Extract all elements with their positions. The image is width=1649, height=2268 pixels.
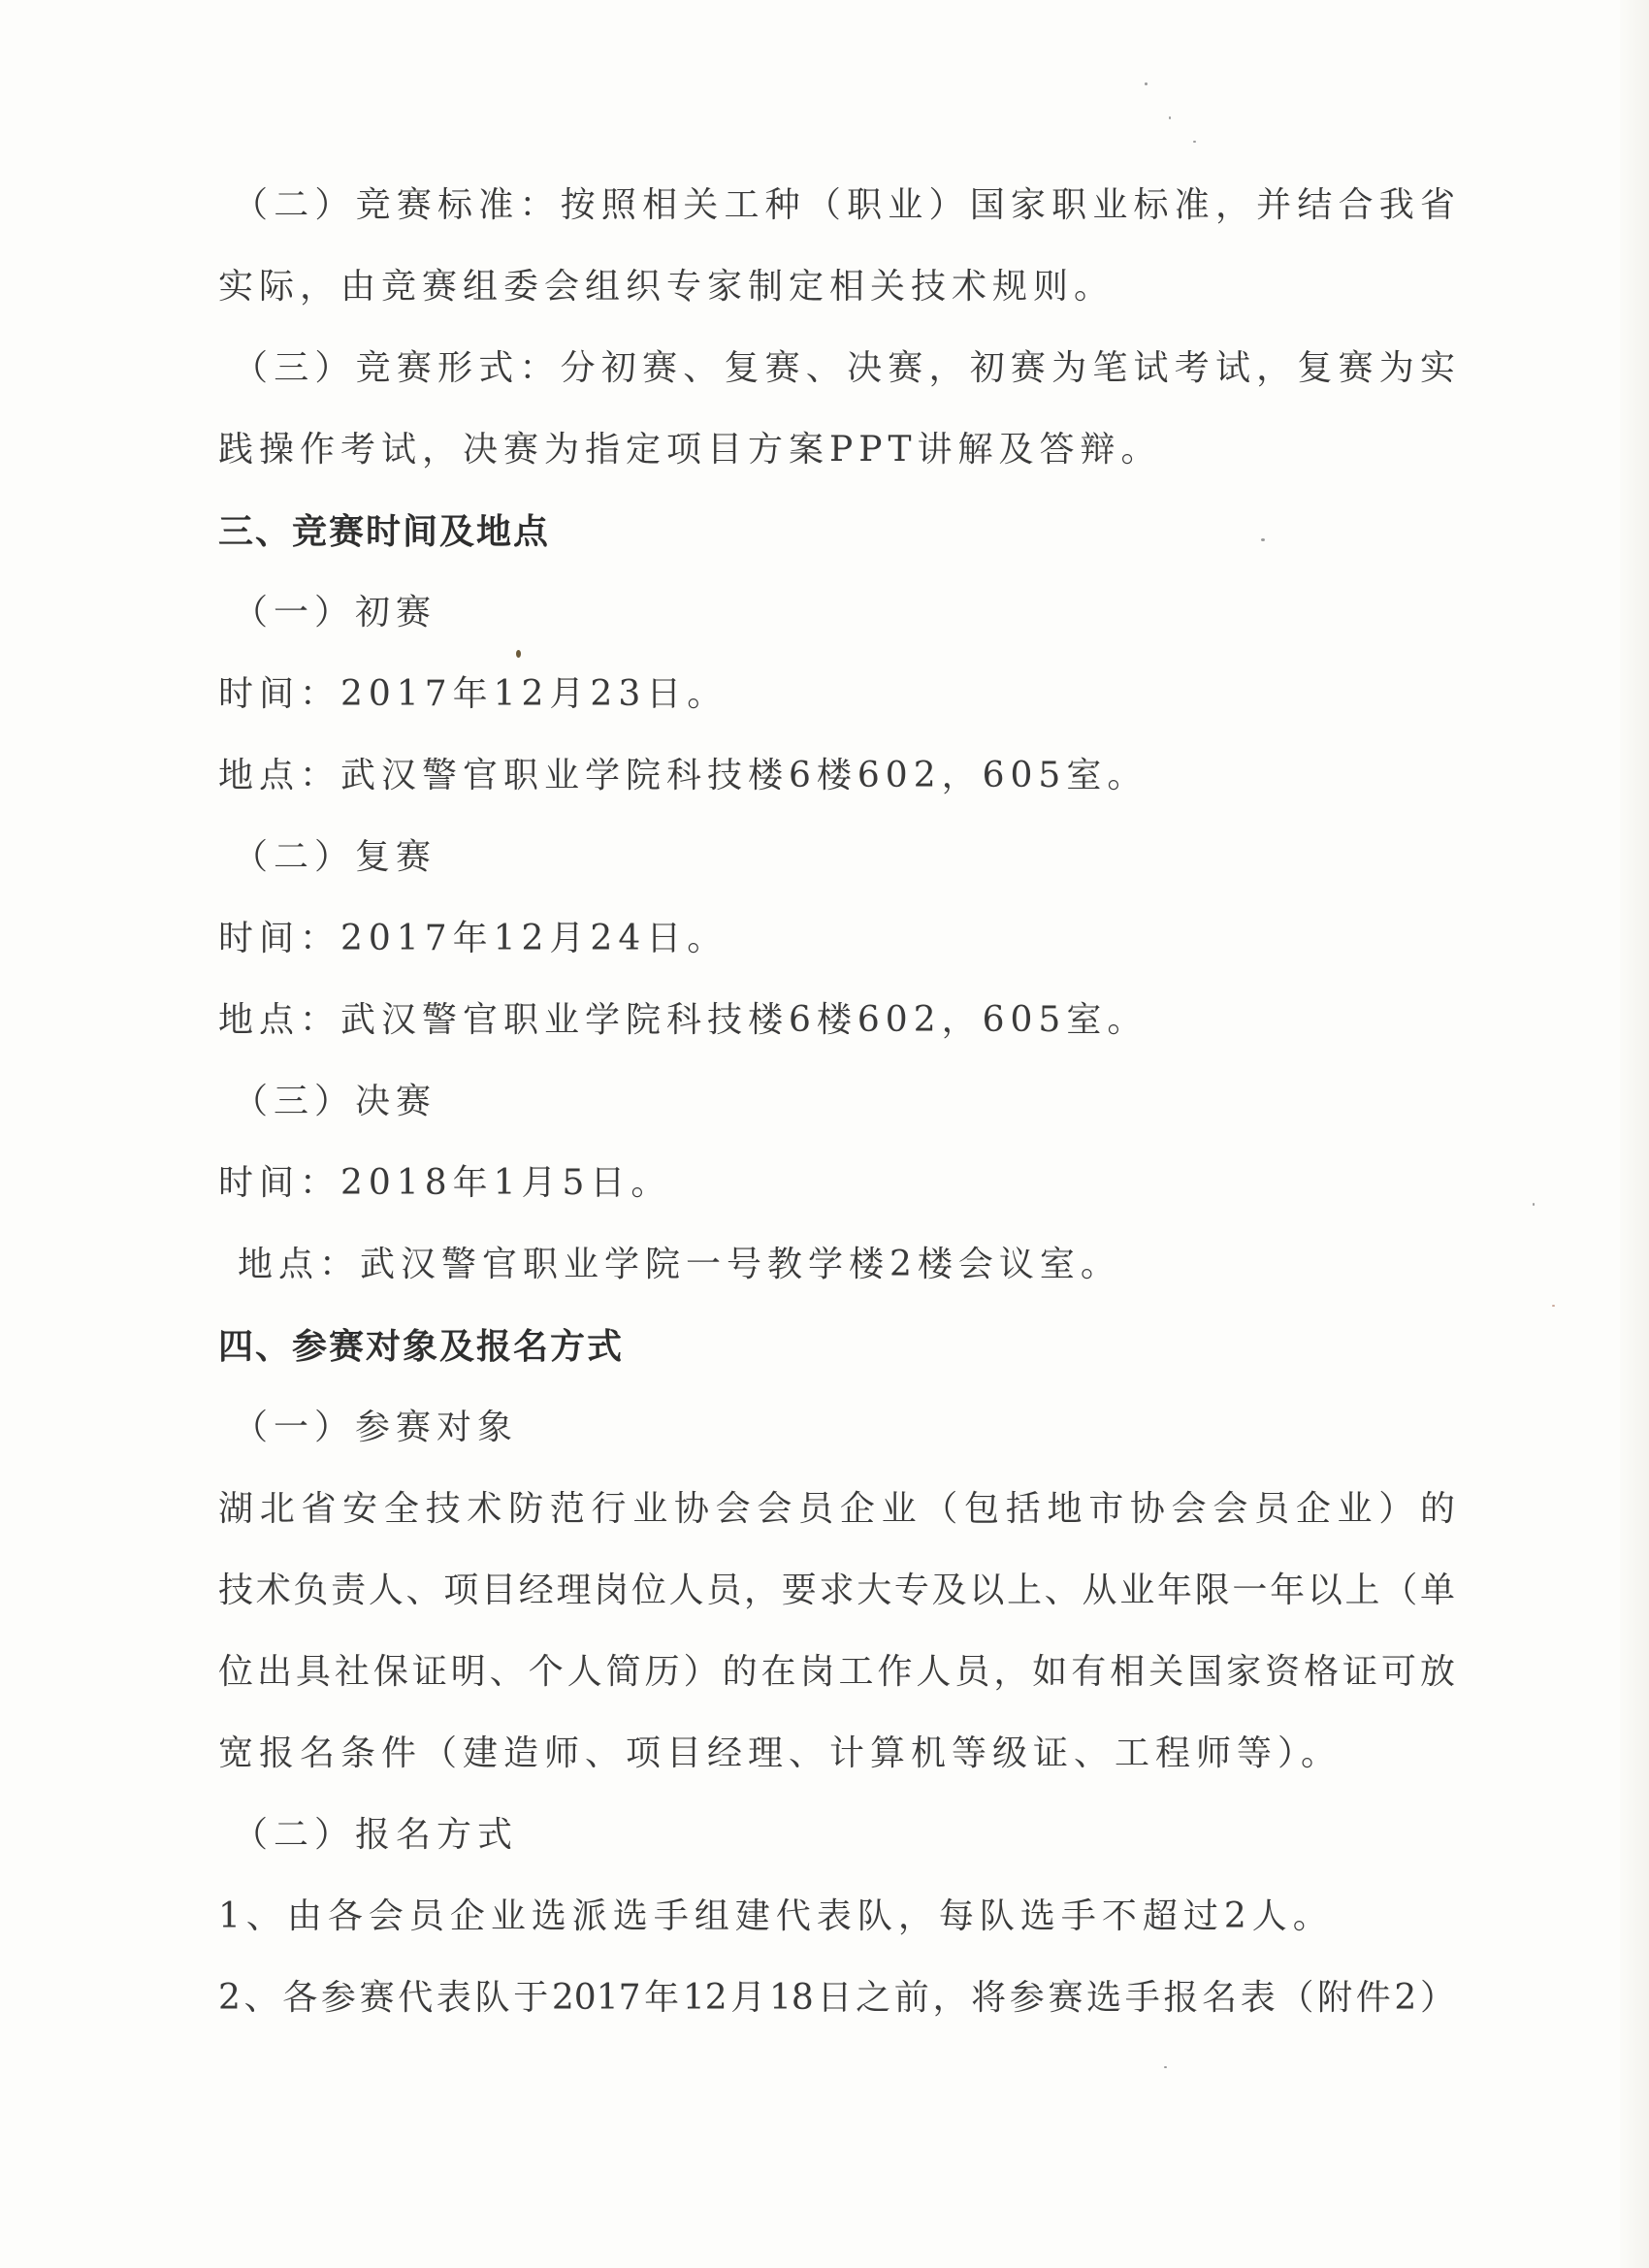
criteria-paragraph-line-1: （二）竞赛标准：按照相关工种（职业）国家职业标准，并结合我省 <box>233 184 1455 227</box>
scan-speck <box>1261 538 1265 541</box>
final-location: 地点：武汉警官职业学院一号教学楼2楼会议室。 <box>238 1244 1121 1286</box>
criteria-paragraph-line-2: 实际，由竞赛组委会组织专家制定相关技术规则。 <box>218 266 1115 308</box>
semifinal-location: 地点：武汉警官职业学院科技楼6楼602，605室。 <box>218 999 1148 1042</box>
registration-item-1: 1、由各会员企业选派选手组建代表队，每队选手不超过2人。 <box>218 1895 1334 1938</box>
scan-speck <box>1193 141 1196 143</box>
format-paragraph-line-2: 践操作考试，决赛为指定项目方案PPT讲解及答辩。 <box>218 429 1161 471</box>
scan-speck <box>516 650 521 658</box>
final-time: 时间：2018年1月5日。 <box>218 1162 671 1205</box>
subheading-final: （三）决赛 <box>233 1081 436 1123</box>
subheading-preliminary: （一）初赛 <box>233 592 436 634</box>
format-paragraph-line-1: （三）竞赛形式：分初赛、复赛、决赛，初赛为笔试考试，复赛为实 <box>233 347 1455 390</box>
scan-speck <box>1533 1203 1535 1206</box>
subheading-participants: （一）参赛对象 <box>233 1407 518 1449</box>
scan-speck <box>1552 1305 1555 1307</box>
preliminary-time: 时间：2017年12月23日。 <box>218 673 727 716</box>
scan-speck <box>1169 116 1171 119</box>
section-heading-time-location: 三、竞赛时间及地点 <box>218 510 550 553</box>
subheading-registration-method: （二）报名方式 <box>233 1814 518 1857</box>
scan-speck <box>1145 82 1148 85</box>
participants-paragraph-line-4: 宽报名条件（建造师、项目经理、计算机等级证、工程师等）。 <box>218 1733 1342 1775</box>
subheading-semifinal: （二）复赛 <box>233 836 436 879</box>
participants-paragraph-line-1: 湖北省安全技术防范行业协会会员企业（包括地市协会会员企业）的 <box>218 1488 1455 1531</box>
participants-paragraph-line-3: 位出具社保证明、个人简历）的在岗工作人员，如有相关国家资格证可放 <box>218 1651 1455 1694</box>
scanned-document-page: （二）竞赛标准：按照相关工种（职业）国家职业标准，并结合我省 实际，由竞赛组委会… <box>0 0 1649 2268</box>
page-edge-shadow <box>1620 0 1649 2268</box>
scan-speck <box>1164 2066 1167 2068</box>
semifinal-time: 时间：2017年12月24日。 <box>218 918 727 960</box>
registration-item-2: 2、各参赛代表队于2017年12月18日之前，将参赛选手报名表（附件2） <box>218 1977 1455 2020</box>
section-heading-participants-registration: 四、参赛对象及报名方式 <box>218 1325 624 1368</box>
preliminary-location: 地点：武汉警官职业学院科技楼6楼602，605室。 <box>218 755 1148 797</box>
participants-paragraph-line-2: 技术负责人、项目经理岗位人员，要求大专及以上、从业年限一年以上（单 <box>218 1570 1455 1612</box>
